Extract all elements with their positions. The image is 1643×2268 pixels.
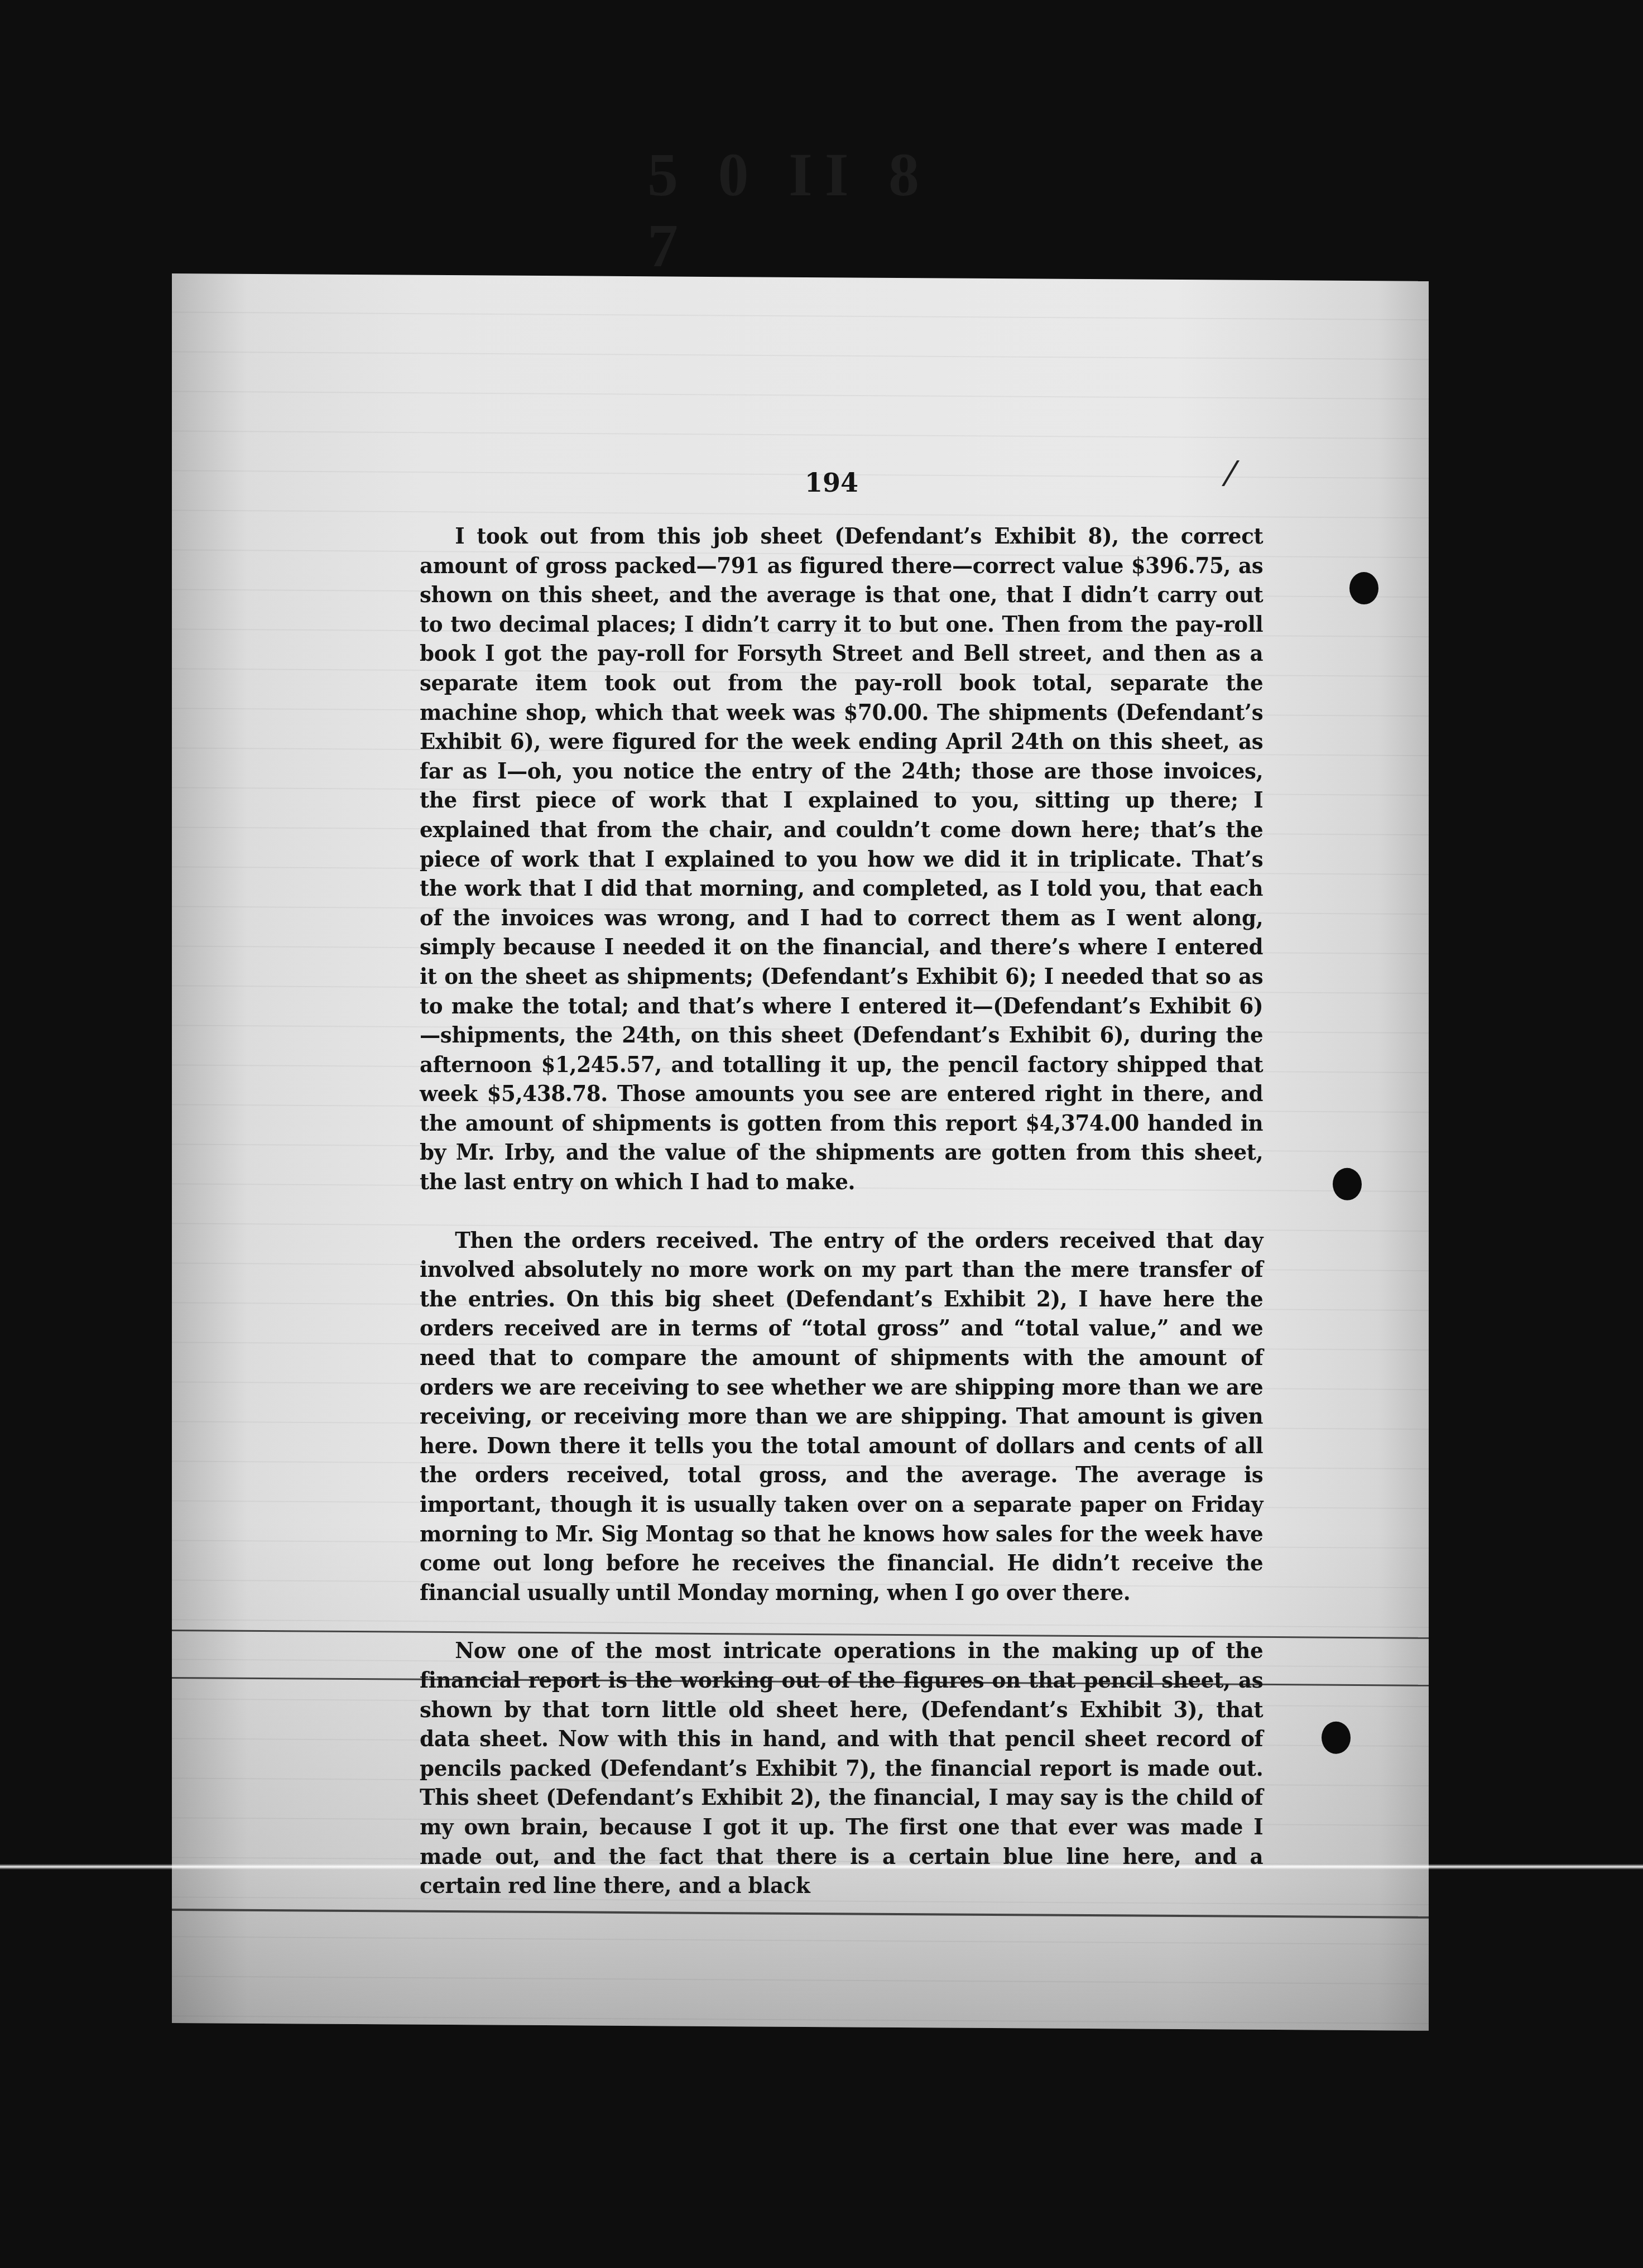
- punch-hole: [1333, 1168, 1362, 1200]
- document-body: I took out from this job sheet (Defendan…: [420, 522, 1263, 1901]
- paragraph: Now one of the most intricate operations…: [420, 1636, 1263, 1900]
- paragraph-gap: [420, 1607, 1263, 1636]
- paragraph: I took out from this job sheet (Defendan…: [420, 522, 1263, 1197]
- page-number: 194: [798, 468, 865, 498]
- handwritten-check-mark: ⁄: [1228, 455, 1233, 494]
- punch-hole: [1322, 1722, 1351, 1754]
- paragraph: Then the orders received. The entry of t…: [420, 1226, 1263, 1608]
- film-frame-ghost-marking: 5 0 II 8 7: [647, 140, 938, 206]
- paragraph-gap: [420, 1197, 1263, 1226]
- punch-hole: [1349, 572, 1378, 604]
